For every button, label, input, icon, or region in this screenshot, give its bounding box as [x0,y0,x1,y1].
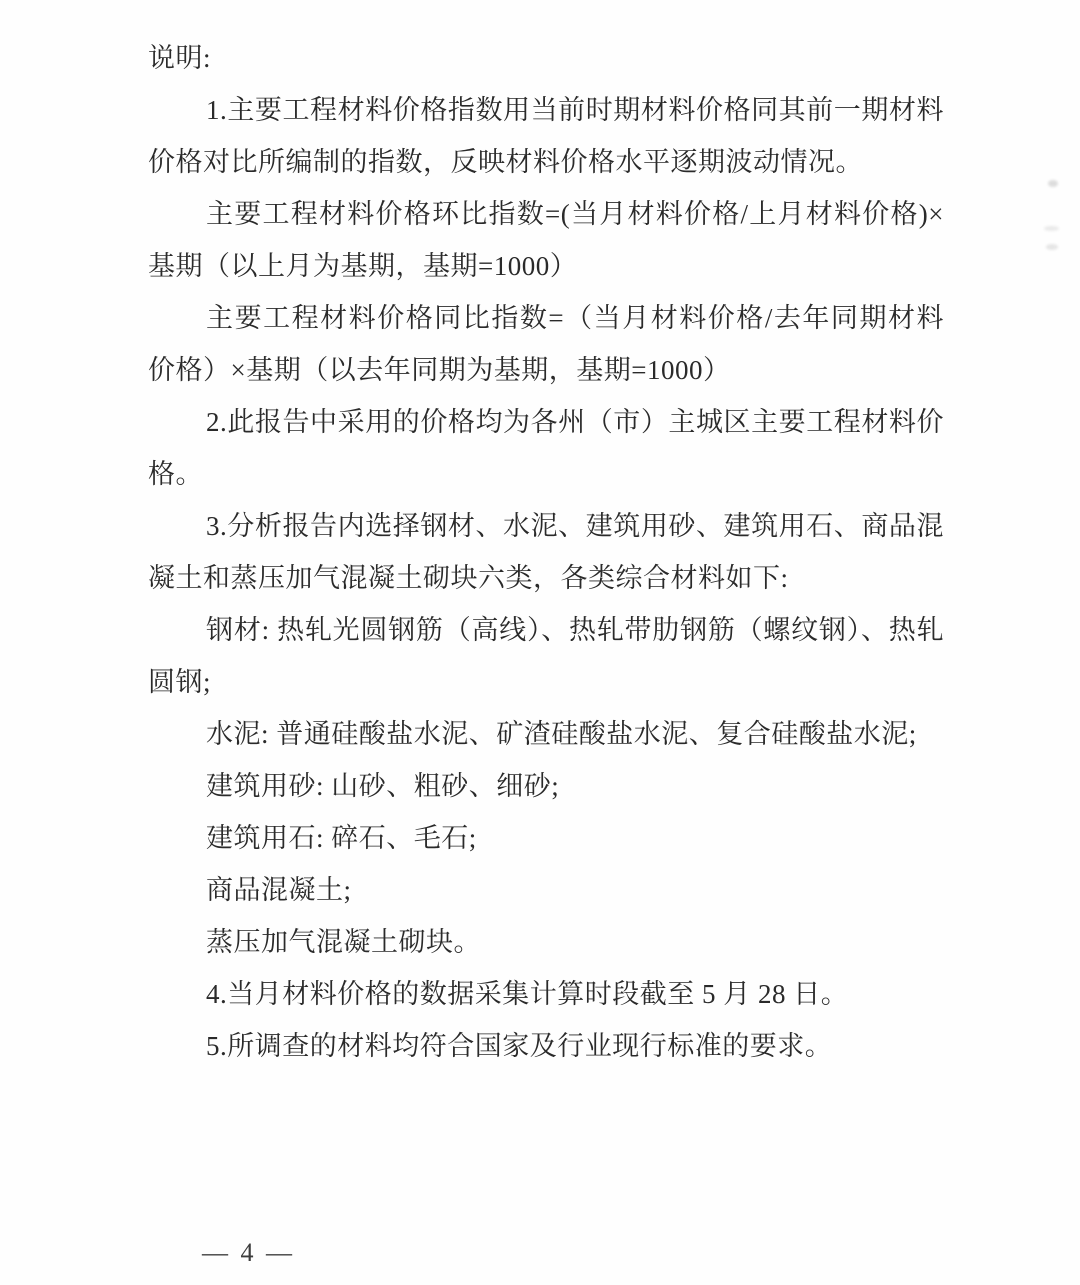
paragraph-8-sand: 建筑用砂: 山砂、粗砂、细砂; [148,760,944,812]
document-page: 说明: 1.主要工程材料价格指数用当前时期材料价格同其前一期材料价格对比所编制的… [0,0,1080,1285]
paragraph-4: 2.此报告中采用的价格均为各州（市）主城区主要工程材料价格。 [148,396,944,500]
paragraph-7-cement: 水泥: 普通硅酸盐水泥、矿渣硅酸盐水泥、复合硅酸盐水泥; [148,708,944,760]
page-number: — 4 — [202,1236,295,1270]
paragraph-5: 3.分析报告内选择钢材、水泥、建筑用砂、建筑用石、商品混凝土和蒸压加气混凝土砌块… [148,500,944,604]
scan-artifact [1048,180,1058,187]
scan-artifact [1044,226,1059,231]
section-heading: 说明: [148,32,944,84]
paragraph-2-formula-mom: 主要工程材料价格环比指数=(当月材料价格/上月材料价格)×基期（以上月为基期，基… [148,188,944,292]
document-body: 说明: 1.主要工程材料价格指数用当前时期材料价格同其前一期材料价格对比所编制的… [148,32,944,1072]
paragraph-3-formula-yoy: 主要工程材料价格同比指数=（当月材料价格/去年同期材料价格）×基期（以去年同期为… [148,292,944,396]
paragraph-12: 4.当月材料价格的数据采集计算时段截至 5 月 28 日。 [148,968,944,1020]
paragraph-13: 5.所调查的材料均符合国家及行业现行标准的要求。 [148,1020,944,1072]
scan-artifact [1046,244,1058,250]
paragraph-10-concrete: 商品混凝土; [148,864,944,916]
paragraph-9-stone: 建筑用石: 碎石、毛石; [148,812,944,864]
paragraph-11-block: 蒸压加气混凝土砌块。 [148,916,944,968]
paragraph-1: 1.主要工程材料价格指数用当前时期材料价格同其前一期材料价格对比所编制的指数，反… [148,84,944,188]
paragraph-6-steel: 钢材: 热轧光圆钢筋（高线）、热轧带肋钢筋（螺纹钢）、热轧圆钢; [148,604,944,708]
